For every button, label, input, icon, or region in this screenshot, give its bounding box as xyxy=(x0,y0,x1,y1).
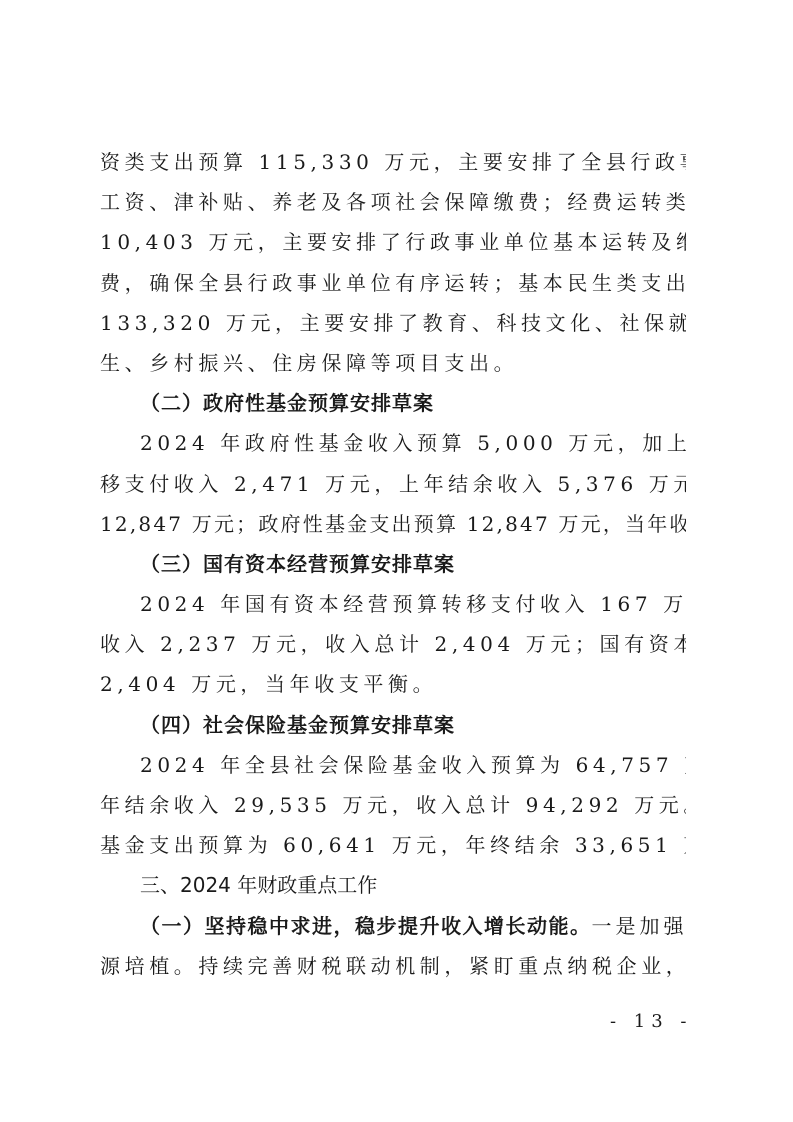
subheading-social-insurance-budget: （四）社会保险基金预算安排草案 xyxy=(100,705,686,745)
text-line: 收入 2,237 万元，收入总计 2,404 万元；国有资本经营支出预算 xyxy=(100,624,686,664)
paragraph-government-fund-budget: 2024 年政府性基金收入预算 5,000 万元，加上政府性基金转 移支付收入 … xyxy=(100,423,686,544)
text-line: 移支付收入 2,471 万元，上年结余收入 5,376 万元，收入总计 xyxy=(100,464,686,504)
subheading-state-capital-budget: （三）国有资本经营预算安排草案 xyxy=(100,544,686,584)
text-line: 2024 年政府性基金收入预算 5,000 万元，加上政府性基金转 xyxy=(100,423,686,463)
text-line: 10,403 万元，主要安排了行政事业单位基本运转及维修维护等经 xyxy=(100,222,686,262)
text-line-with-lead: （一）坚持稳中求进，稳步提升收入增长动能。一是加强税 xyxy=(100,906,686,946)
text-line: 年结余收入 29,535 万元，收入总计 94,292 万元。全县社会保险 xyxy=(100,785,686,825)
text-line: 源培植。持续完善财税联动机制，紧盯重点纳税企业，特别是享 xyxy=(100,946,686,986)
text-line: 133,320 万元，主要安排了教育、科技文化、社保就业、医疗卫 xyxy=(100,303,686,343)
text-line: 12,847 万元；政府性基金支出预算 12,847 万元，当年收支平衡。 xyxy=(100,504,686,544)
text-line: 2,404 万元，当年收支平衡。 xyxy=(100,664,686,704)
page-number: - 13 - xyxy=(610,1011,693,1032)
paragraph-key-work-item-1: （一）坚持稳中求进，稳步提升收入增长动能。一是加强税 源培植。持续完善财税联动机… xyxy=(100,906,686,986)
lead-rest-text: 一是加强税 xyxy=(592,914,687,938)
paragraph-continuation: 资类支出预算 115,330 万元，主要安排了全县行政事业单位人员 工资、津补贴… xyxy=(100,142,686,383)
text-line: 2024 年全县社会保险基金收入预算为 64,757 万元，加上上 xyxy=(100,745,686,785)
text-line: 工资、津补贴、养老及各项社会保障缴费；经费运转类支出预算 xyxy=(100,182,686,222)
section-heading-key-work-2024: 三、2024 年财政重点工作 xyxy=(100,865,686,905)
text-line: 基金支出预算为 60,641 万元，年终结余 33,651 万元。 xyxy=(100,825,686,865)
text-line: 资类支出预算 115,330 万元，主要安排了全县行政事业单位人员 xyxy=(100,142,686,182)
document-page: 资类支出预算 115,330 万元，主要安排了全县行政事业单位人员 工资、津补贴… xyxy=(100,142,686,986)
subheading-government-fund-budget: （二）政府性基金预算安排草案 xyxy=(100,383,686,423)
text-line: 生、乡村振兴、住房保障等项目支出。 xyxy=(100,343,686,383)
text-line: 2024 年国有资本经营预算转移支付收入 167 万元，上年结余 xyxy=(100,584,686,624)
paragraph-social-insurance-budget: 2024 年全县社会保险基金收入预算为 64,757 万元，加上上 年结余收入 … xyxy=(100,745,686,866)
bold-lead-text: （一）坚持稳中求进，稳步提升收入增长动能。 xyxy=(140,914,592,938)
text-line: 费，确保全县行政事业单位有序运转；基本民生类支出预算 xyxy=(100,263,686,303)
paragraph-state-capital-budget: 2024 年国有资本经营预算转移支付收入 167 万元，上年结余 收入 2,23… xyxy=(100,584,686,705)
